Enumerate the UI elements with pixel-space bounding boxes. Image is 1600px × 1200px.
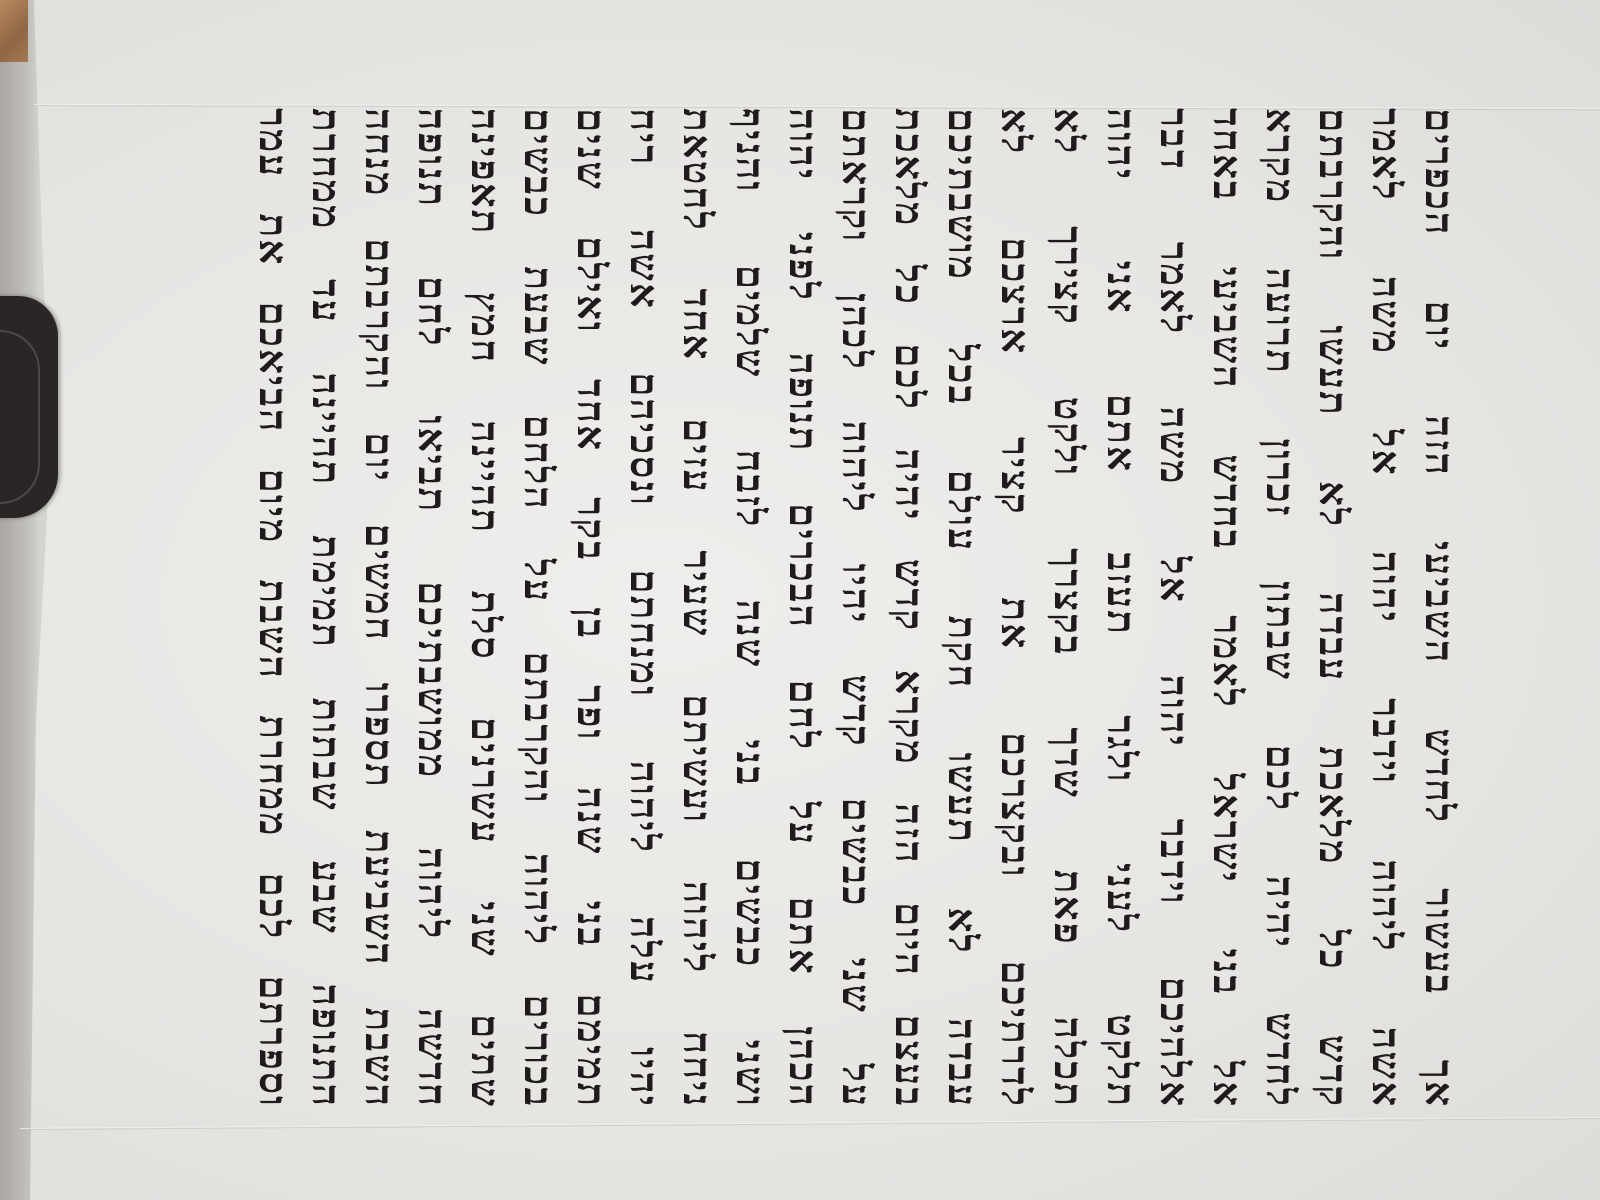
scroll-line: שתים שני עשרנים סלת תהיינה חמץ תאפינה [460, 108, 510, 1108]
scroll-line: ניחח ליהוה ועשיתם שעיר עזים אחד לחטאת [672, 108, 722, 1108]
scroll-line: לחדש יהיה לכם שבתון זכרון תרועה מקרא [1255, 108, 1305, 1108]
scroll-line: אך בעשור לחדש השביעי הזה יום הכפרים [1414, 108, 1464, 1108]
roller-rim [0, 330, 40, 504]
scroll-line: אל בני ישראל לאמר בחדש השביעי באחד [1202, 108, 1252, 1108]
scroll-roller-handle [0, 296, 58, 518]
scroll-line: לדרתיכם ובקצרכם את קציר ארצכם לא [990, 108, 1040, 1108]
scroll-line: אשה ליהוה וידבר יהוה אל משה לאמר [1361, 108, 1411, 1108]
scroll-line: וספרתם לכם ממחרת השבת מיום הביאכם את עמר [248, 108, 298, 1108]
scroll-line: בעצם היום הזה מקרא קדש יהיה לכם כל מלאכת [884, 108, 934, 1108]
scroll-line: עבדה לא תעשו חקת עולם בכל מושבתיכם [937, 108, 987, 1108]
scroll-line: אלהיכם וידבר יהוה אל משה לאמר דבר [1149, 108, 1199, 1108]
scroll-line: בכורים ליהוה והקרבתם על הלחם שבעת כבשים [513, 108, 563, 1108]
scroll-line: יהיו עלה ליהוה ומנחתם ונסכיהם אשה ריח [619, 108, 669, 1108]
scroll-line: השבת השביעת תספרו חמשים יום והקרבתם מנחה [354, 108, 404, 1108]
scroll-line: חדשה ליהוה ממושבתיכם תביאו לחם תנופה [407, 108, 457, 1108]
scroll-line: ושני כבשים בני שנה לזבח שלמים והניף [725, 108, 775, 1108]
wooden-table-edge [0, 0, 28, 62]
scroll-line: על שני כבשים קדש יהיו ליהוה לכהן וקראתם [831, 108, 881, 1108]
scroll-line: תכלה פאת שדך בקצרך ולקט קצירך לא [1043, 108, 1093, 1108]
scroll-line: התנופה שבע שבתות תמימת תהיינה עד ממחרת [301, 108, 351, 1108]
scroll-line: תמימם בני שנה ופר בן בקר אחד ואילם שנים [566, 108, 616, 1108]
scroll-line: תלקט לעני ולגר תעזב אתם אני יהוה [1096, 108, 1146, 1108]
scroll-text-column: וספרתם לכם ממחרת השבת מיום הביאכם את עמר… [248, 108, 1458, 1108]
scroll-line: קדש כל מלאכת עבדה לא תעשו והקרבתם [1308, 108, 1358, 1108]
scroll-line: הכהן אתם על לחם הבכרים תנופה לפני יהוה [778, 108, 828, 1108]
photo-scene: וספרתם לכם ממחרת השבת מיום הביאכם את עמר… [0, 0, 1600, 1200]
